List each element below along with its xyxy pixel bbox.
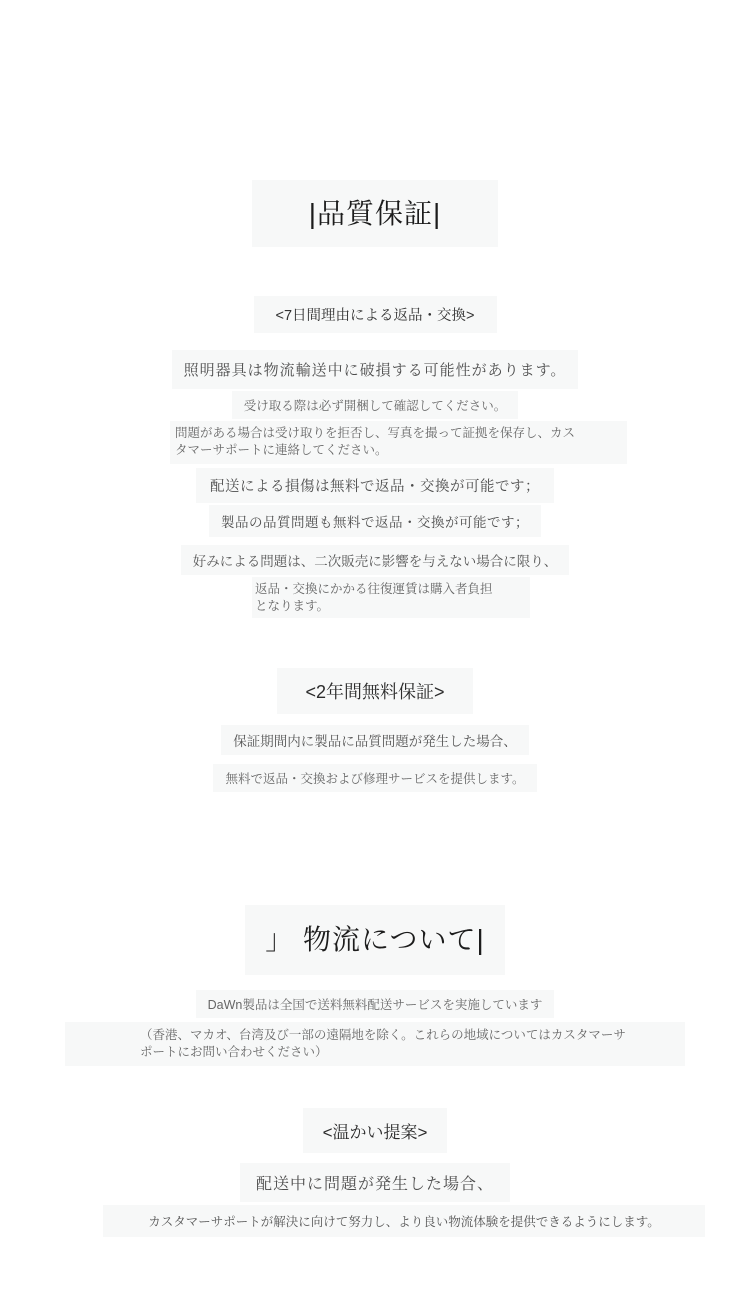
suggestion-heading-row: <温かい提案> bbox=[0, 1108, 750, 1153]
unpack-check-row: 受け取る際は必ず開梱して確認してください。 bbox=[0, 391, 750, 419]
return-shipping-cost-text: 返品・交換にかかる往復運賃は購入者負担となります。 bbox=[252, 577, 530, 618]
warranty-service-row: 無料で返品・交換および修理サービスを提供します。 bbox=[0, 764, 750, 792]
refuse-delivery-text: 問題がある場合は受け取りを拒否し、写真を撮って証拠を保存し、カスタマーサポートに… bbox=[170, 421, 627, 464]
logistics-section-title-row: 」 物流について| bbox=[0, 905, 750, 975]
product-description-page: |品質保証| <7日間理由による返品・交換> 照明器具は物流輸送中に破損する可能… bbox=[0, 0, 750, 1313]
delivery-problem-row: 配送中に問題が発生した場合、 bbox=[0, 1163, 750, 1202]
support-effort-text: カスタマーサポートが解決に向けて努力し、より良い物流体験を提供できるようにします… bbox=[103, 1205, 705, 1237]
free-shipping-row: DaWn製品は全国で送料無料配送サービスを実施しています bbox=[0, 990, 750, 1018]
preference-condition-text: 好みによる問題は、二次販売に影響を与えない場合に限り、 bbox=[181, 545, 570, 575]
quality-section-title: |品質保証| bbox=[252, 180, 499, 247]
seven-day-return-heading: <7日間理由による返品・交換> bbox=[254, 296, 497, 333]
shipping-damage-free-text: 配送による損傷は無料で返品・交換が可能です； bbox=[196, 468, 554, 503]
seven-day-return-heading-row: <7日間理由による返品・交換> bbox=[0, 296, 750, 333]
damage-risk-text: 照明器具は物流輸送中に破損する可能性があります。 bbox=[172, 350, 579, 389]
shipping-damage-free-row: 配送による損傷は無料で返品・交換が可能です； bbox=[0, 468, 750, 503]
warranty-service-text: 無料で返品・交換および修理サービスを提供します。 bbox=[213, 764, 536, 792]
preference-condition-row: 好みによる問題は、二次販売に影響を与えない場合に限り、 bbox=[0, 545, 750, 575]
unpack-check-text: 受け取る際は必ず開梱して確認してください。 bbox=[232, 391, 519, 419]
shipping-exclusions-text: （香港、マカオ、台湾及び一部の遠隔地を除く。これらの地域についてはカスタマーサポ… bbox=[65, 1022, 685, 1066]
logistics-section-title: 」 物流について| bbox=[245, 905, 505, 975]
warranty-condition-text: 保証期間内に製品に品質問題が発生した場合、 bbox=[221, 725, 529, 755]
quality-section-title-row: |品質保証| bbox=[0, 180, 750, 247]
free-shipping-text: DaWn製品は全国で送料無料配送サービスを実施しています bbox=[196, 990, 555, 1018]
warranty-heading: <2年間無料保証> bbox=[277, 668, 472, 714]
quality-issue-free-text: 製品の品質問題も無料で返品・交換が可能です； bbox=[209, 505, 541, 537]
quality-issue-free-row: 製品の品質問題も無料で返品・交換が可能です； bbox=[0, 505, 750, 537]
warranty-condition-row: 保証期間内に製品に品質問題が発生した場合、 bbox=[0, 725, 750, 755]
warranty-heading-row: <2年間無料保証> bbox=[0, 668, 750, 714]
support-effort-row: カスタマーサポートが解決に向けて努力し、より良い物流体験を提供できるようにします… bbox=[0, 1205, 750, 1237]
damage-risk-row: 照明器具は物流輸送中に破損する可能性があります。 bbox=[0, 350, 750, 389]
suggestion-heading: <温かい提案> bbox=[303, 1108, 448, 1153]
delivery-problem-text: 配送中に問題が発生した場合、 bbox=[240, 1163, 510, 1202]
